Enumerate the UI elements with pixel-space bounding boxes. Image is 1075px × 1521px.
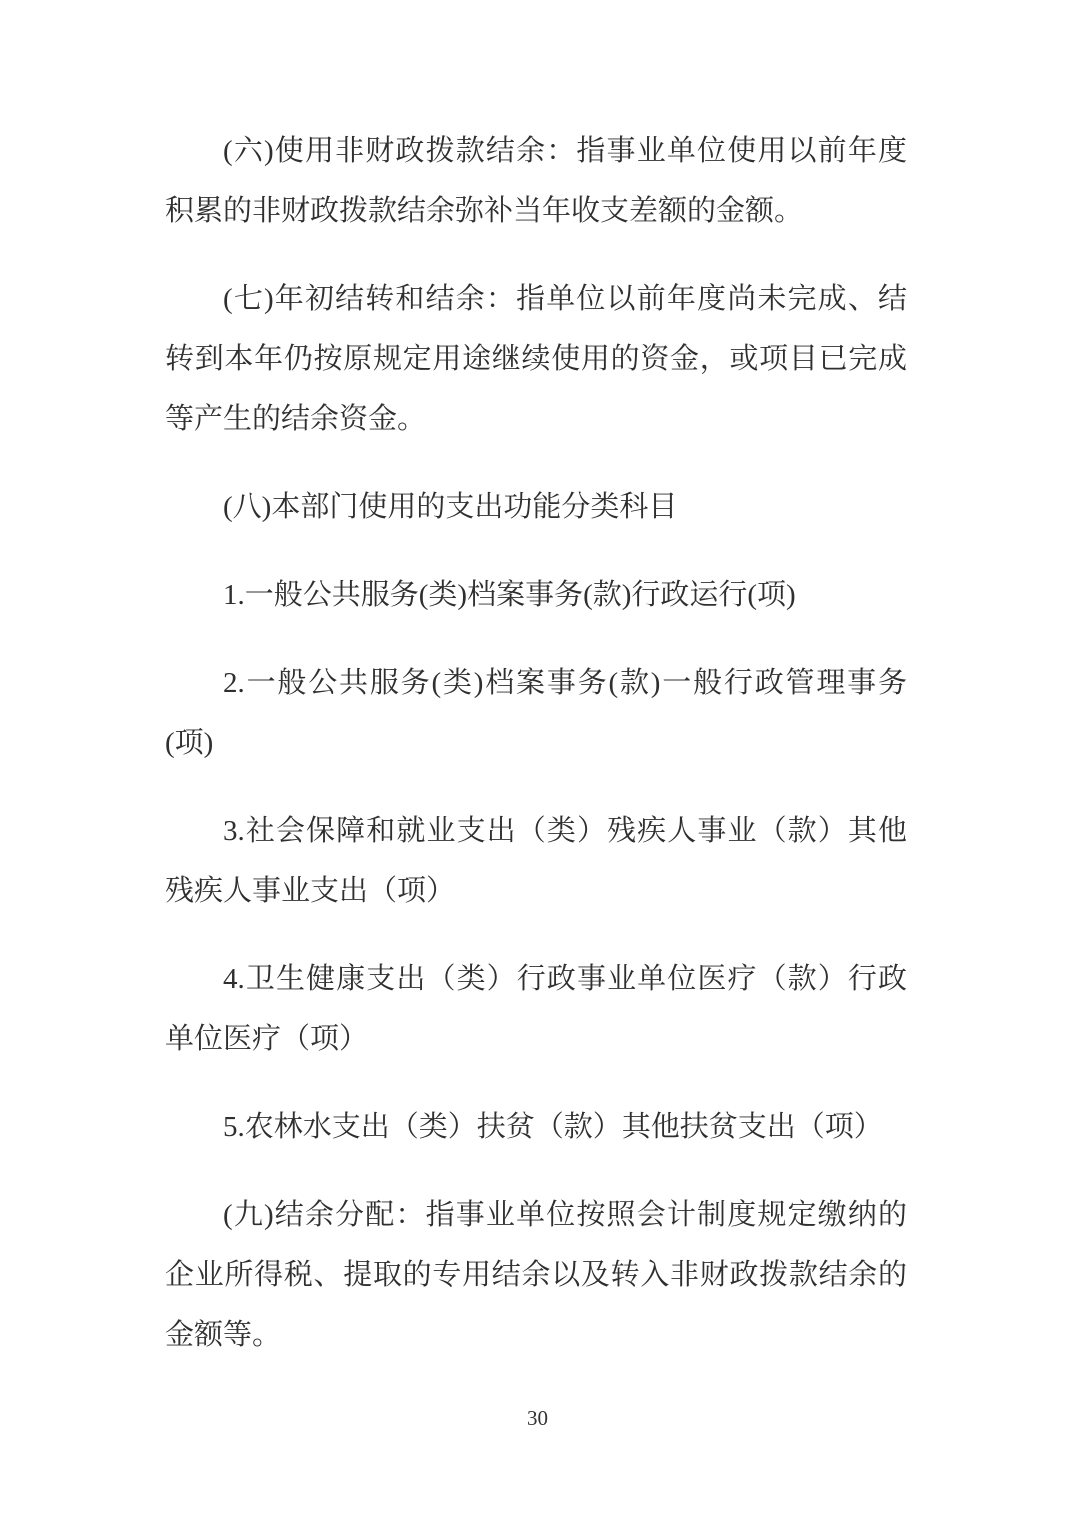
document-body: (六)使用非财政拨款结余：指事业单位使用以前年度积累的非财政拨款结余弥补当年收支…	[165, 121, 907, 1393]
document-page: (六)使用非财政拨款结余：指事业单位使用以前年度积累的非财政拨款结余弥补当年收支…	[0, 0, 1075, 1521]
paragraph: (八)本部门使用的支出功能分类科目	[165, 477, 907, 537]
paragraph: (九)结余分配：指事业单位按照会计制度规定缴纳的企业所得税、提取的专用结余以及转…	[165, 1185, 907, 1365]
page-number: 30	[0, 1404, 1075, 1432]
paragraph: 5.农林水支出（类）扶贫（款）其他扶贫支出（项）	[165, 1097, 907, 1157]
paragraph: 1.一般公共服务(类)档案事务(款)行政运行(项)	[165, 565, 907, 625]
paragraph: (六)使用非财政拨款结余：指事业单位使用以前年度积累的非财政拨款结余弥补当年收支…	[165, 121, 907, 241]
paragraph: 2.一般公共服务(类)档案事务(款)一般行政管理事务(项)	[165, 653, 907, 773]
paragraph: 3.社会保障和就业支出（类）残疾人事业（款）其他残疾人事业支出（项）	[165, 801, 907, 921]
paragraph: (七)年初结转和结余：指单位以前年度尚未完成、结转到本年仍按原规定用途继续使用的…	[165, 269, 907, 449]
paragraph: 4.卫生健康支出（类）行政事业单位医疗（款）行政单位医疗（项）	[165, 949, 907, 1069]
